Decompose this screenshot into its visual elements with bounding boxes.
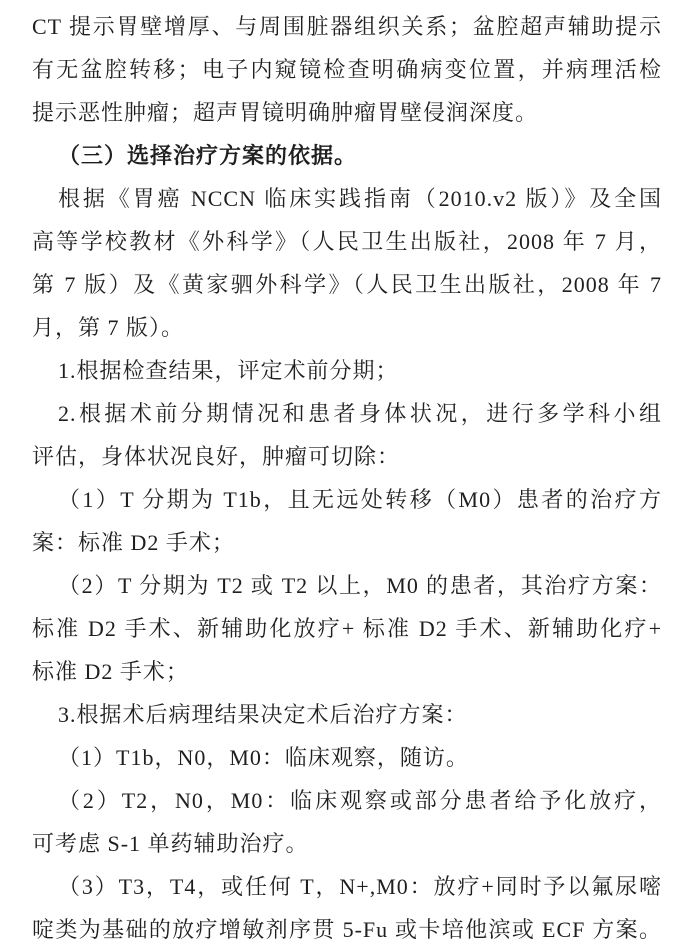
- list-item-line: 2.根据术前分期情况和患者身体状况，进行多学科小组: [32, 392, 662, 435]
- text-line: 有无盆腔转移；电子内窥镜检查明确病变位置，并病理活检: [32, 48, 662, 91]
- list-item-line: （2）T2，N0，M0：临床观察或部分患者给予化放疗，: [32, 779, 662, 822]
- text-line: 第 7 版）及《黄家驷外科学》（人民卫生出版社，2008 年 7: [32, 263, 662, 306]
- text-line: 提示恶性肿瘤；超声胃镜明确肿瘤胃壁侵润深度。: [32, 91, 662, 134]
- list-item-line: （2）T 分期为 T2 或 T2 以上，M0 的患者，其治疗方案：: [32, 564, 662, 607]
- list-item-line: （1）T 分期为 T1b，且无远处转移（M0）患者的治疗方: [32, 478, 662, 521]
- list-item-line: （3）T3，T4，或任何 T，N+,M0：放疗+同时予以氟尿嘧: [32, 865, 662, 908]
- text-line: 标准 D2 手术；: [32, 650, 662, 693]
- text-line: 可考虑 S-1 单药辅助治疗。: [32, 822, 662, 865]
- section-heading: （三）选择治疗方案的依据。: [32, 134, 662, 177]
- text-line: 根据《胃癌 NCCN 临床实践指南（2010.v2 版）》及全国: [32, 177, 662, 220]
- text-line: 啶类为基础的放疗增敏剂序贯 5-Fu 或卡培他滨或 ECF 方案。: [32, 908, 662, 950]
- list-item-line: （1）T1b，N0，M0：临床观察，随访。: [32, 736, 662, 779]
- text-line: 案：标准 D2 手术；: [32, 521, 662, 564]
- text-line: 高等学校教材《外科学》（人民卫生出版社，2008 年 7 月，: [32, 220, 662, 263]
- text-line: 月，第 7 版）。: [32, 306, 662, 349]
- list-item-line: 3.根据术后病理结果决定术后治疗方案：: [32, 693, 662, 736]
- text-line: CT 提示胃壁增厚、与周围脏器组织关系；盆腔超声辅助提示: [32, 5, 662, 48]
- text-line: 评估，身体状况良好，肿瘤可切除：: [32, 435, 662, 478]
- document-page: CT 提示胃壁增厚、与周围脏器组织关系；盆腔超声辅助提示 有无盆腔转移；电子内窥…: [0, 0, 695, 950]
- text-line: 标准 D2 手术、新辅助化放疗+ 标准 D2 手术、新辅助化疗+: [32, 607, 662, 650]
- list-item-line: 1.根据检查结果，评定术前分期；: [32, 349, 662, 392]
